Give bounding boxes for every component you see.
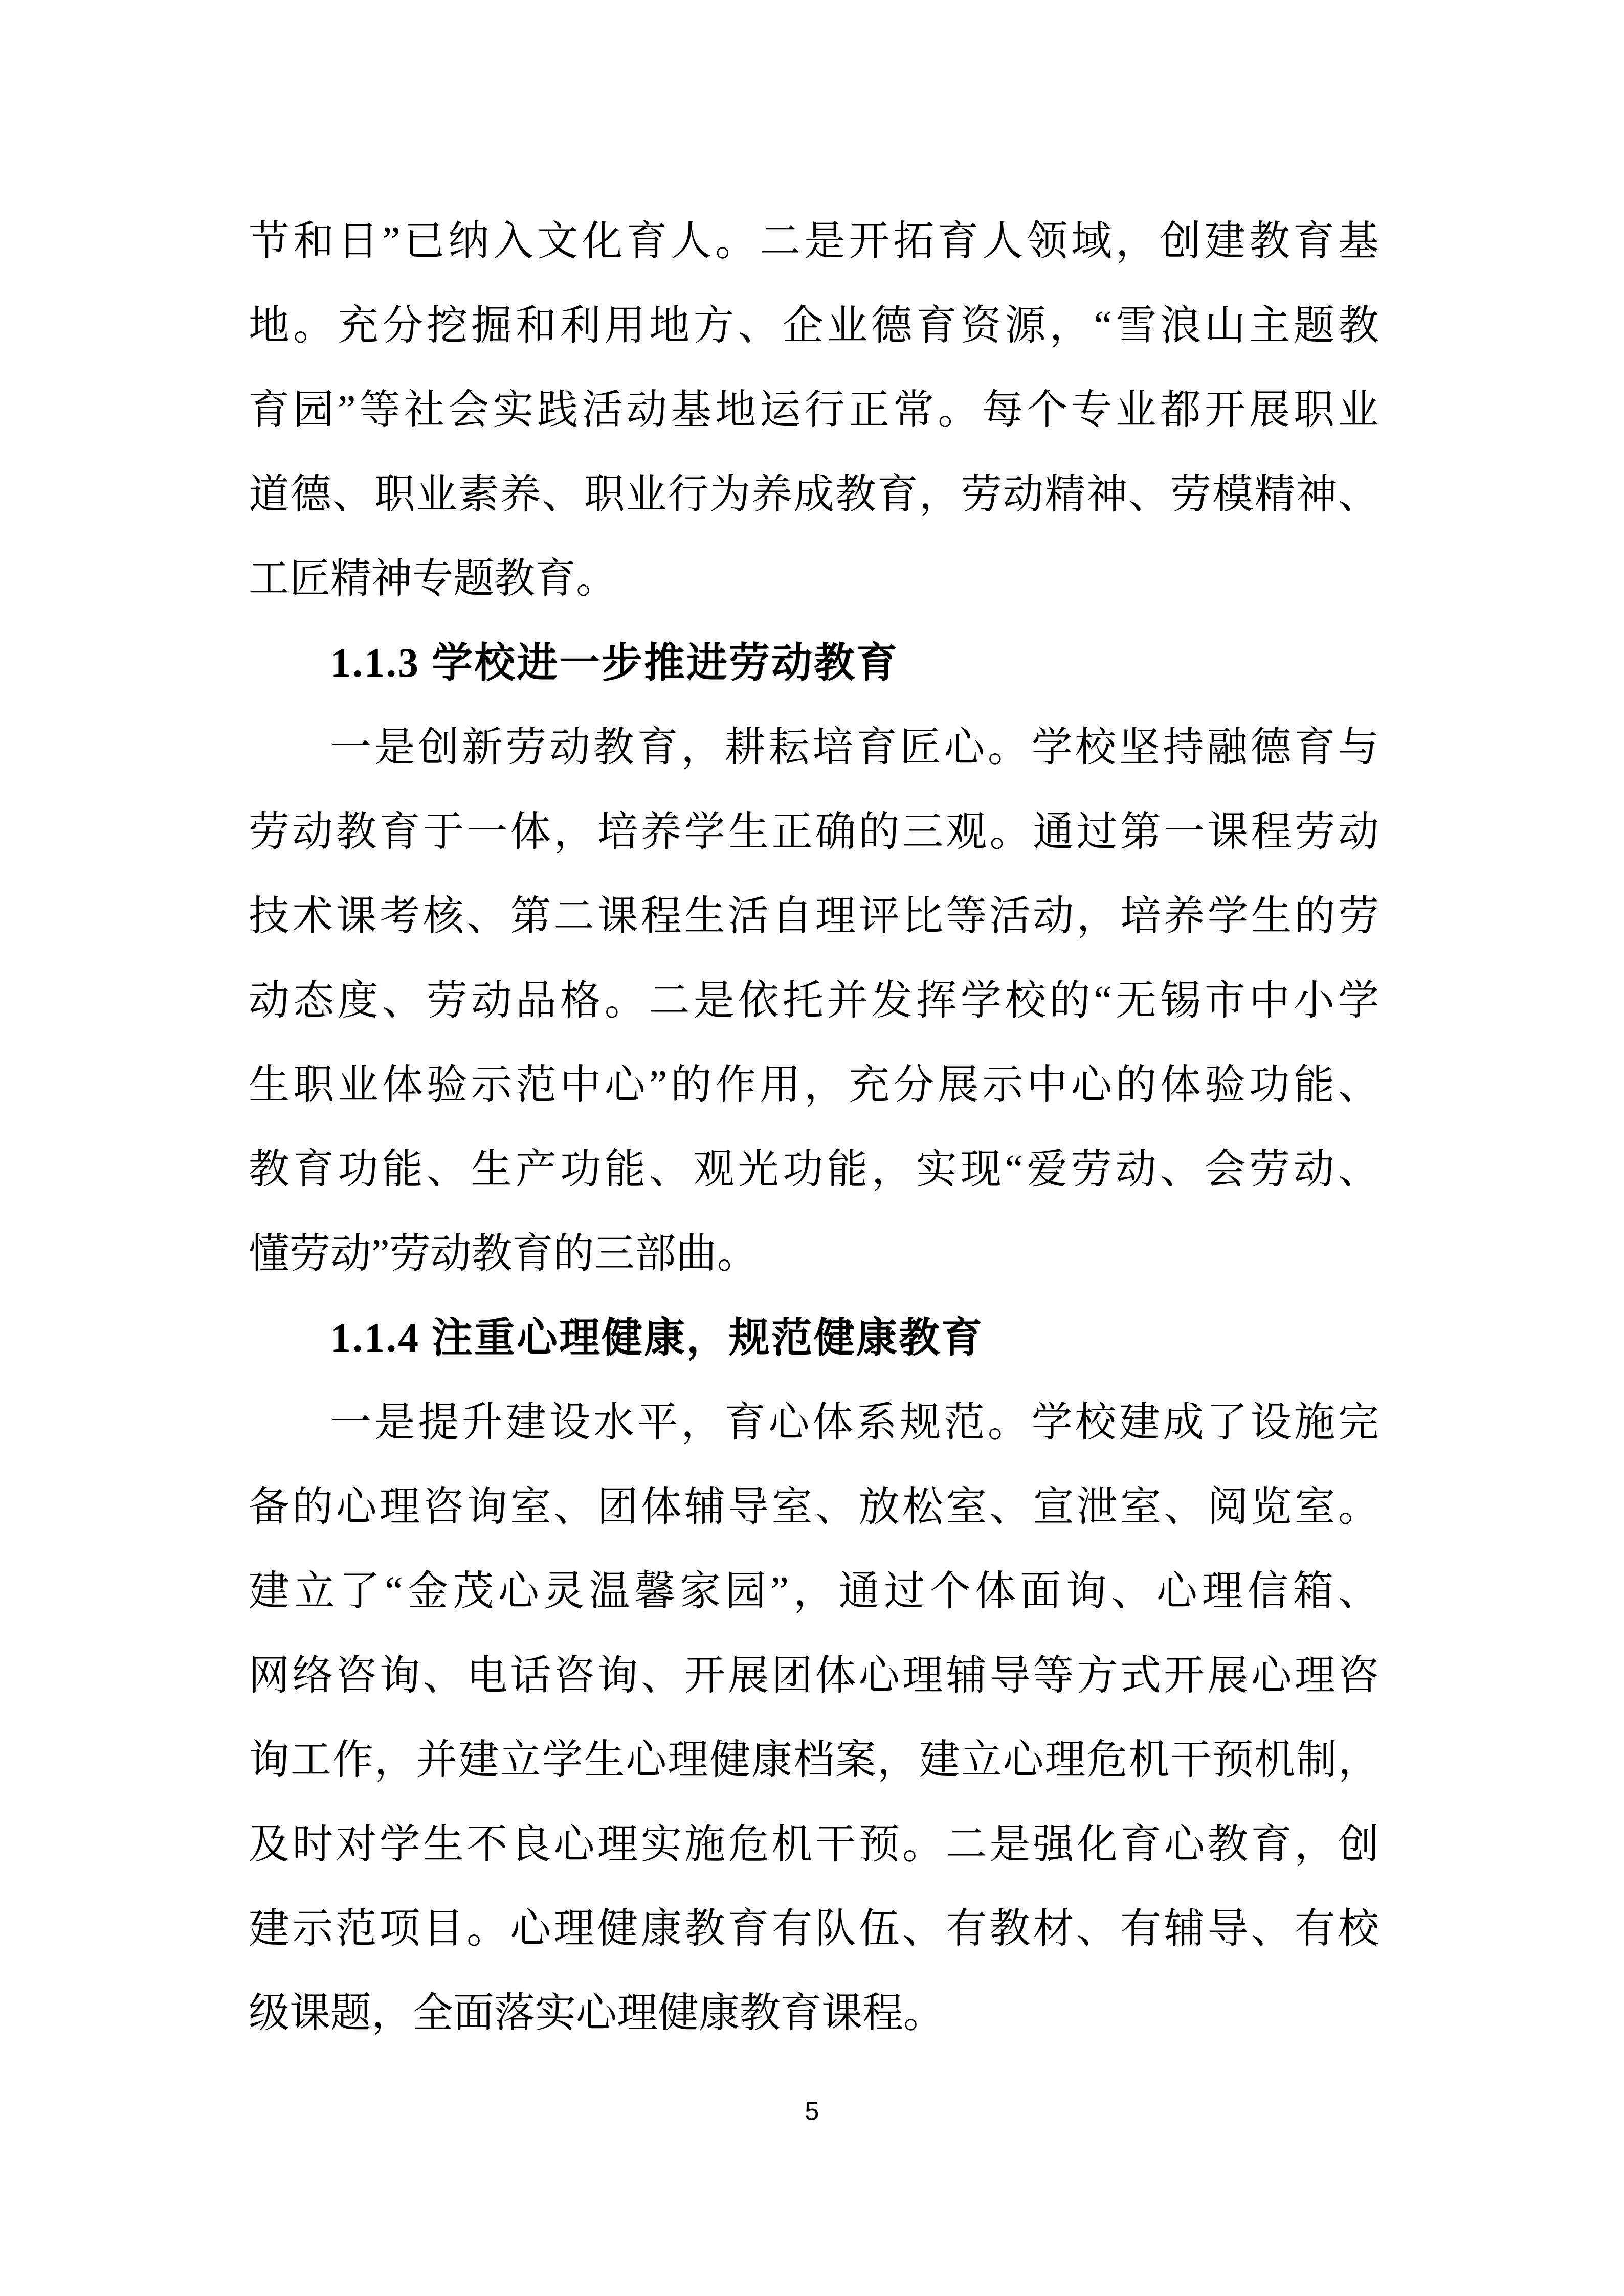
section-heading-1-1-4: 1.1.4 注重心理健康，规范健康教育 (249, 1296, 1379, 1381)
text-line: 节和日”已纳入文化育人。二是开拓育人领域，创建教育基 (249, 199, 1379, 284)
page-number: 5 (0, 2099, 1624, 2124)
text-line: 一是提升建设水平，育心体系规范。学校建成了设施完 (249, 1381, 1379, 1465)
text-line: 教育功能、生产功能、观光功能，实现“爱劳动、会劳动、 (249, 1128, 1379, 1212)
paragraph: 一是创新劳动教育，耕耘培育匠心。学校坚持融德育与 劳动教育于一体，培养学生正确的… (249, 706, 1379, 1296)
text-line: 工匠精神专题教育。 (249, 537, 1379, 621)
text-block: 节和日”已纳入文化育人。二是开拓育人领域，创建教育基 地。充分挖掘和利用地方、企… (249, 199, 1379, 2056)
text-line: 建示范项目。心理健康教育有队伍、有教材、有辅导、有校 (249, 1887, 1379, 1971)
text-line: 及时对学生不良心理实施危机干预。二是强化育心教育，创 (249, 1803, 1379, 1887)
text-line: 劳动教育于一体，培养学生正确的三观。通过第一课程劳动 (249, 790, 1379, 874)
text-line: 网络咨询、电话咨询、开展团体心理辅导等方式开展心理咨 (249, 1634, 1379, 1718)
text-line: 级课题，全面落实心理健康教育课程。 (249, 1971, 1379, 2056)
text-line: 懂劳动”劳动教育的三部曲。 (249, 1212, 1379, 1296)
text-line: 技术课考核、第二课程生活自理评比等活动，培养学生的劳 (249, 874, 1379, 959)
document-page: 节和日”已纳入文化育人。二是开拓育人领域，创建教育基 地。充分挖掘和利用地方、企… (0, 0, 1624, 2296)
text-line: 地。充分挖掘和利用地方、企业德育资源，“雪浪山主题教 (249, 284, 1379, 368)
paragraph: 节和日”已纳入文化育人。二是开拓育人领域，创建教育基 地。充分挖掘和利用地方、企… (249, 199, 1379, 621)
text-line: 道德、职业素养、职业行为养成教育，劳动精神、劳模精神、 (249, 453, 1379, 537)
text-line: 育园”等社会实践活动基地运行正常。每个专业都开展职业 (249, 368, 1379, 453)
text-line: 生职业体验示范中心”的作用，充分展示中心的体验功能、 (249, 1043, 1379, 1128)
text-line: 建立了“金茂心灵温馨家园”，通过个体面询、心理信箱、 (249, 1549, 1379, 1634)
text-line: 一是创新劳动教育，耕耘培育匠心。学校坚持融德育与 (249, 706, 1379, 790)
section-heading-1-1-3: 1.1.3 学校进一步推进劳动教育 (249, 621, 1379, 706)
text-line: 动态度、劳动品格。二是依托并发挥学校的“无锡市中小学 (249, 959, 1379, 1043)
paragraph: 一是提升建设水平，育心体系规范。学校建成了设施完 备的心理咨询室、团体辅导室、放… (249, 1381, 1379, 2056)
text-line: 询工作，并建立学生心理健康档案，建立心理危机干预机制， (249, 1718, 1379, 1803)
text-line: 备的心理咨询室、团体辅导室、放松室、宣泄室、阅览室。 (249, 1465, 1379, 1549)
